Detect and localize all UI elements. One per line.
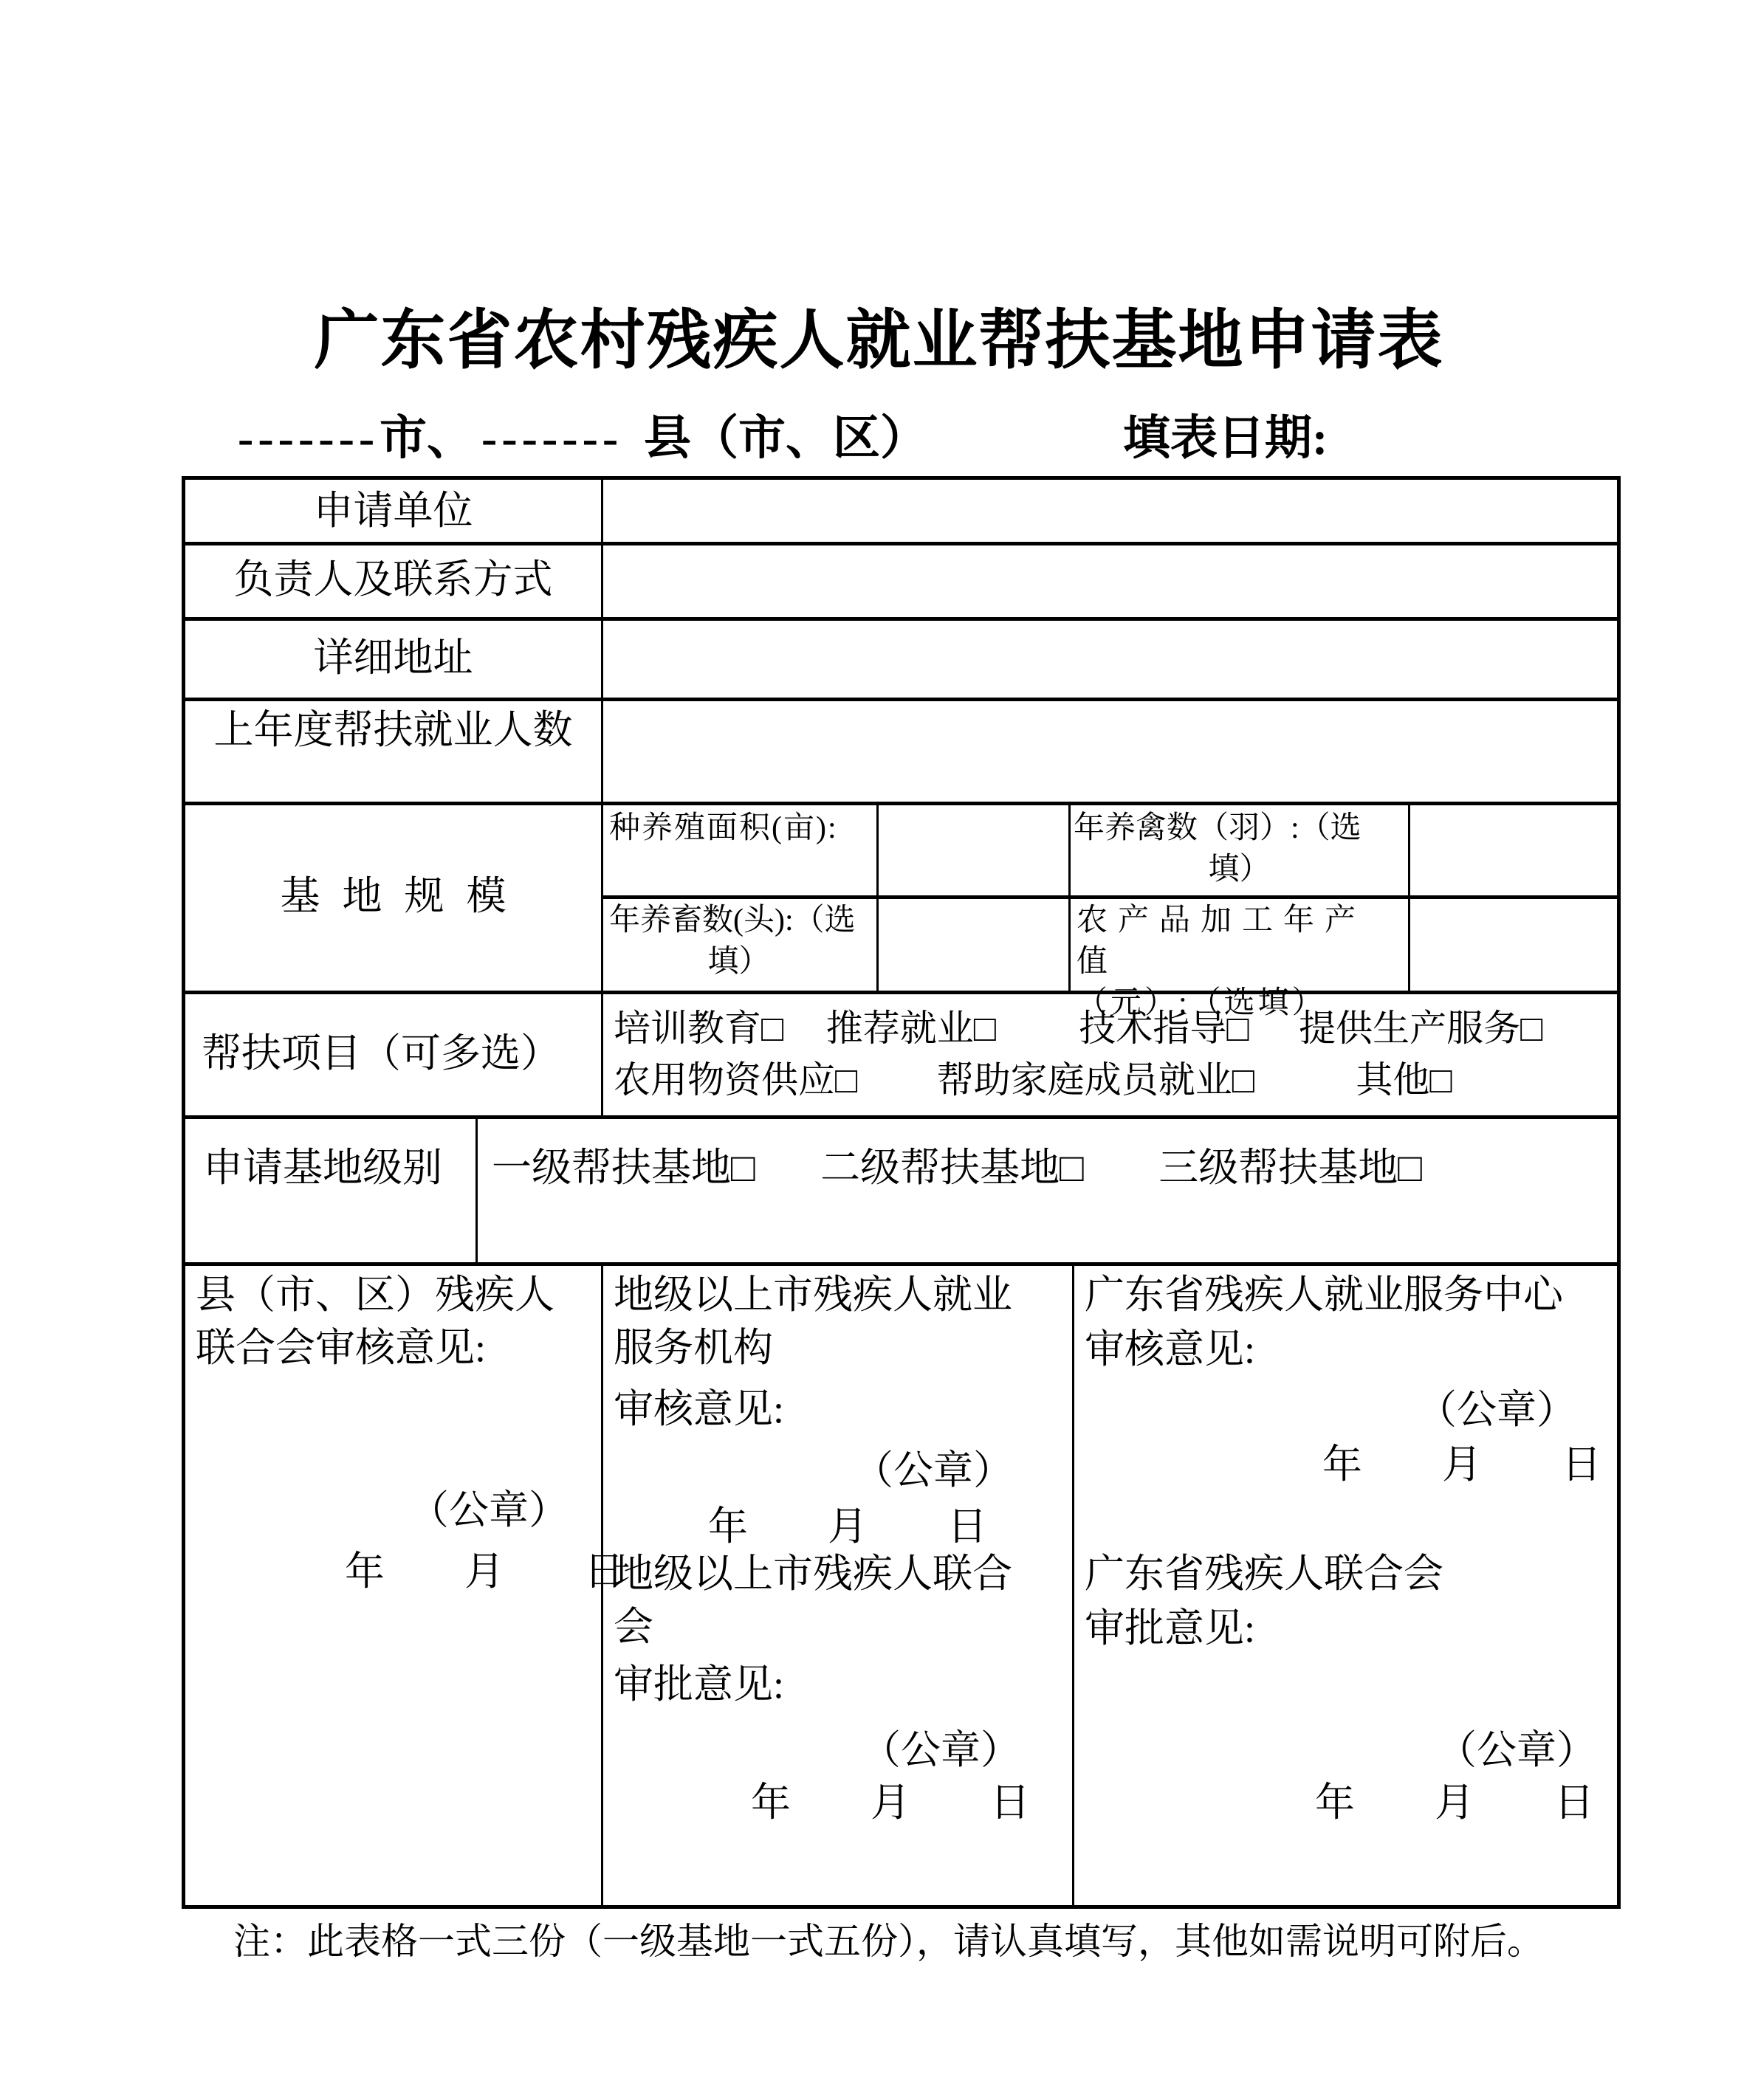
poultry-count-input[interactable] (1410, 802, 1617, 895)
planting-area-label: 种养殖面积(亩): (603, 802, 874, 895)
projects-options-line2: 农用物资供应□ 帮助家庭成员就业□ 其他□ (614, 1054, 1617, 1106)
base-level-options: 一级帮扶基地□ 二级帮扶基地□ 三级帮扶基地□ (475, 1115, 1617, 1262)
province-review-opinion-label: 审核意见: (1085, 1323, 1255, 1376)
city-service-org-heading: 地级以上市残疾人就业服务机构 (614, 1268, 1031, 1374)
form-header-line: ------- 市、 ------- 县（市、区） 填表日期: (0, 407, 1758, 469)
contact-person-input[interactable] (603, 542, 1617, 617)
footer-note: 注：此表格一式三份（一级基地一式五份），请认真填写，其他如需说明可附后。 (233, 1918, 1544, 1965)
checkbox-option-technical[interactable]: 技术指导□ (1079, 1002, 1249, 1054)
planting-area-input[interactable] (879, 802, 1068, 895)
province-date-line-1: 年 月 日 (1322, 1438, 1601, 1491)
city-approval-opinion-label: 审批意见: (614, 1658, 784, 1711)
city-review-cell: 地级以上市残疾人就业服务机构 审核意见: （公章） 年 月 日 地级以上市残疾人… (603, 1262, 1072, 1905)
checkbox-option-family[interactable]: 帮助家庭成员就业□ (937, 1054, 1254, 1106)
county-seal-label: （公章） (409, 1484, 569, 1537)
support-projects-label: 帮扶项目（可多选） (185, 991, 601, 1115)
applicant-unit-input[interactable] (603, 480, 1617, 542)
contact-person-label: 负责人及联系方式 (185, 542, 601, 617)
processing-value-line1: 农产品加工年产值 (1071, 900, 1408, 982)
province-seal-label-1: （公章） (1417, 1383, 1576, 1436)
fill-date-label: 填表日期: (1123, 407, 1328, 469)
livestock-count-label: 年养畜数(头):（选 填） (603, 895, 874, 991)
city-blank-line[interactable]: ------- (238, 407, 379, 469)
county-review-heading: 县（市、区）残疾人联合会审核意见: (196, 1268, 590, 1374)
county-date-line: 年 月 日 (345, 1545, 624, 1598)
applicant-unit-label: 申请单位 (185, 480, 601, 542)
livestock-count-line2: 填） (603, 941, 874, 982)
projects-options-line1: 培训教育□ 推荐就业□ 技术指导□ 提供生产服务□ (614, 1002, 1617, 1054)
city-seal-label-1: （公章） (854, 1444, 1013, 1497)
base-level-label: 申请基地级别 (185, 1115, 475, 1262)
city-review-opinion-label: 审核意见: (614, 1383, 784, 1436)
province-service-center-heading: 广东省残疾人就业服务中心 (1085, 1268, 1563, 1321)
livestock-count-input[interactable] (879, 895, 1068, 991)
checkbox-option-recommend[interactable]: 推荐就业□ (826, 1002, 996, 1054)
city-federation-heading: 地级以上市残疾人联合会 (614, 1547, 1031, 1653)
application-table: 申请单位 负责人及联系方式 详细地址 上年度帮扶就业人数 基地规模 种养殖面积(… (182, 476, 1621, 1909)
checkbox-option-other[interactable]: 其他□ (1356, 1054, 1452, 1106)
checkbox-option-production[interactable]: 提供生产服务□ (1299, 1002, 1542, 1054)
poultry-count-line1: 年养禽数（羽）:（选 (1071, 808, 1408, 849)
address-label: 详细地址 (185, 617, 601, 698)
application-form-page: 广东省农村残疾人就业帮扶基地申请表 ------- 市、 ------- 县（市… (0, 0, 1758, 2100)
poultry-count-label: 年养禽数（羽）:（选 填） (1071, 802, 1408, 895)
province-review-cell: 广东省残疾人就业服务中心 审核意见: （公章） 年 月 日 广东省残疾人联合会 … (1074, 1262, 1617, 1905)
employment-count-input[interactable] (603, 698, 1617, 802)
page-title: 广东省农村残疾人就业帮扶基地申请表 (0, 301, 1758, 382)
city-date-line-2: 年 月 日 (751, 1776, 1030, 1829)
processing-value-input[interactable] (1410, 895, 1617, 991)
checkbox-option-level3[interactable]: 三级帮扶基地□ (1158, 1136, 1422, 1193)
city-date-line-1: 年 月 日 (708, 1500, 987, 1553)
county-label: 县（市、区） (644, 407, 927, 469)
province-seal-label-2: （公章） (1437, 1724, 1596, 1777)
support-projects-options: 培训教育□ 推荐就业□ 技术指导□ 提供生产服务□ 农用物资供应□ 帮助家庭成员… (603, 991, 1617, 1115)
city-label: 市、 (380, 407, 474, 469)
address-input[interactable] (603, 617, 1617, 698)
employment-count-label: 上年度帮扶就业人数 (185, 698, 601, 802)
processing-value-label: 农产品加工年产值 （元）:（选填） (1071, 895, 1408, 991)
county-blank-line[interactable]: ------- (481, 407, 622, 469)
county-review-cell: 县（市、区）残疾人联合会审核意见: （公章） 年 月 日 (185, 1262, 601, 1905)
checkbox-option-supplies[interactable]: 农用物资供应□ (614, 1054, 857, 1106)
checkbox-option-training[interactable]: 培训教育□ (614, 1002, 783, 1054)
livestock-count-line1: 年养畜数(头):（选 (603, 900, 874, 941)
checkbox-option-level2[interactable]: 二级帮扶基地□ (820, 1136, 1084, 1193)
city-seal-label-2: （公章） (861, 1724, 1020, 1777)
base-scale-label: 基地规模 (185, 802, 601, 991)
poultry-count-line2: 填） (1071, 849, 1408, 890)
province-federation-heading: 广东省残疾人联合会 (1085, 1547, 1443, 1600)
province-approval-opinion-label: 审批意见: (1085, 1602, 1255, 1655)
checkbox-option-level1[interactable]: 一级帮扶基地□ (492, 1136, 755, 1193)
province-date-line-2: 年 月 日 (1315, 1776, 1594, 1829)
